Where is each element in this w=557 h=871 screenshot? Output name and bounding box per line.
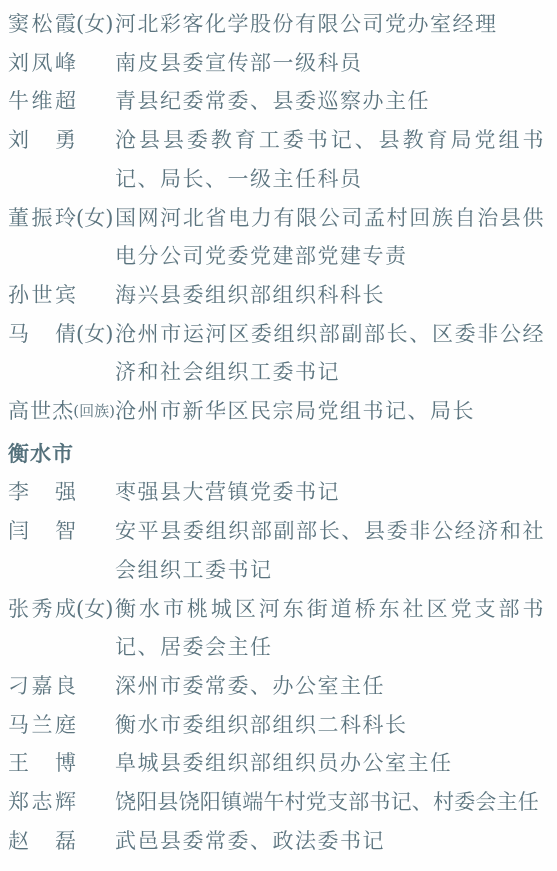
person-name: 窦松霞 (8, 5, 76, 44)
name-column: 马倩(女) (8, 315, 115, 354)
name-column: 李强 (8, 473, 115, 512)
roster-row: 刘勇沧县县委教育工委书记、县教育局党组书记、局长、一级主任科员 (8, 121, 545, 198)
section-header: 衡水市 (8, 435, 545, 474)
roster-row: 刁嘉良深州市委常委、办公室主任 (8, 667, 545, 706)
roster-row: 刘凤峰南皮县委宣传部一级科员 (8, 44, 545, 83)
name-column: 刘勇 (8, 121, 115, 160)
roster-row: 牛维超青县纪委常委、县委巡察办主任 (8, 82, 545, 121)
person-title: 深州市委常委、办公室主任 (115, 667, 545, 706)
name-column: 张秀成(女) (8, 590, 115, 629)
name-column: 高世杰(回族) (8, 392, 115, 431)
name-column: 刁嘉良 (8, 667, 115, 706)
roster-row: 闫智安平县委组织部副部长、县委非公经济和社会组织工委书记 (8, 512, 545, 589)
person-name: 牛维超 (8, 82, 76, 121)
person-title: 枣强县大营镇党委书记 (115, 473, 545, 512)
name-column: 窦松霞(女) (8, 5, 115, 44)
name-column: 董振玲(女) (8, 199, 115, 238)
person-title: 武邑县委常委、政法委书记 (115, 822, 545, 861)
name-column: 闫智 (8, 512, 115, 551)
name-column: 刘凤峰 (8, 44, 115, 83)
person-name: 刘勇 (8, 121, 76, 160)
name-suffix: (回族) (73, 392, 115, 431)
person-name: 刘凤峰 (8, 44, 76, 83)
person-title: 海兴县委组织部组织科科长 (115, 276, 545, 315)
person-name: 刁嘉良 (8, 667, 76, 706)
person-name: 张秀成 (8, 590, 76, 629)
person-title: 安平县委组织部副部长、县委非公经济和社会组织工委书记 (115, 512, 545, 589)
person-name: 李强 (8, 473, 76, 512)
person-name: 孙世宾 (8, 276, 76, 315)
person-title: 饶阳县饶阳镇端午村党支部书记、村委会主任 (115, 783, 545, 822)
roster-list: 窦松霞(女)河北彩客化学股份有限公司党办室经理刘凤峰南皮县委宣传部一级科员牛维超… (8, 5, 545, 860)
person-title: 河北彩客化学股份有限公司党办室经理 (115, 5, 545, 44)
person-title: 沧州市新华区民宗局党组书记、局长 (115, 392, 545, 431)
name-column: 马兰庭 (8, 706, 115, 745)
document-page: 窦松霞(女)河北彩客化学股份有限公司党办室经理刘凤峰南皮县委宣传部一级科员牛维超… (0, 0, 557, 871)
name-column: 王博 (8, 744, 115, 783)
person-title: 沧州市运河区委组织部副部长、区委非公经济和社会组织工委书记 (115, 315, 545, 392)
roster-row: 窦松霞(女)河北彩客化学股份有限公司党办室经理 (8, 5, 545, 44)
roster-row: 高世杰(回族)沧州市新华区民宗局党组书记、局长 (8, 392, 545, 431)
roster-row: 李强枣强县大营镇党委书记 (8, 473, 545, 512)
roster-row: 孙世宾海兴县委组织部组织科科长 (8, 276, 545, 315)
person-name: 马兰庭 (8, 706, 76, 745)
person-title: 衡水市桃城区河东街道桥东社区党支部书记、居委会主任 (115, 590, 545, 667)
person-title: 阜城县委组织部组织员办公室主任 (115, 744, 545, 783)
person-title: 沧县县委教育工委书记、县教育局党组书记、局长、一级主任科员 (115, 121, 545, 198)
name-column: 孙世宾 (8, 276, 115, 315)
roster-row: 董振玲(女)国网河北省电力有限公司孟村回族自治县供电分公司党委党建部党建专责 (8, 199, 545, 276)
roster-row: 马倩(女)沧州市运河区委组织部副部长、区委非公经济和社会组织工委书记 (8, 315, 545, 392)
person-name: 马倩 (8, 315, 76, 354)
person-title: 衡水市委组织部组织二科科长 (115, 706, 545, 745)
name-suffix: (女) (76, 315, 113, 354)
name-column: 郑志辉 (8, 783, 115, 822)
roster-row: 马兰庭衡水市委组织部组织二科科长 (8, 706, 545, 745)
person-name: 赵磊 (8, 822, 76, 861)
person-title: 国网河北省电力有限公司孟村回族自治县供电分公司党委党建部党建专责 (115, 199, 545, 276)
person-name: 董振玲 (8, 199, 76, 238)
person-name: 郑志辉 (8, 783, 76, 822)
name-suffix: (女) (76, 199, 113, 238)
roster-row: 王博阜城县委组织部组织员办公室主任 (8, 744, 545, 783)
roster-row: 张秀成(女)衡水市桃城区河东街道桥东社区党支部书记、居委会主任 (8, 590, 545, 667)
person-name: 王博 (8, 744, 76, 783)
roster-row: 赵磊武邑县委常委、政法委书记 (8, 822, 545, 861)
person-name: 闫智 (8, 512, 76, 551)
person-title: 南皮县委宣传部一级科员 (115, 44, 545, 83)
person-name: 高世杰 (8, 392, 73, 431)
name-column: 赵磊 (8, 822, 115, 861)
name-column: 牛维超 (8, 82, 115, 121)
roster-row: 郑志辉饶阳县饶阳镇端午村党支部书记、村委会主任 (8, 783, 545, 822)
person-title: 青县纪委常委、县委巡察办主任 (115, 82, 545, 121)
name-suffix: (女) (76, 5, 113, 44)
name-suffix: (女) (76, 590, 113, 629)
